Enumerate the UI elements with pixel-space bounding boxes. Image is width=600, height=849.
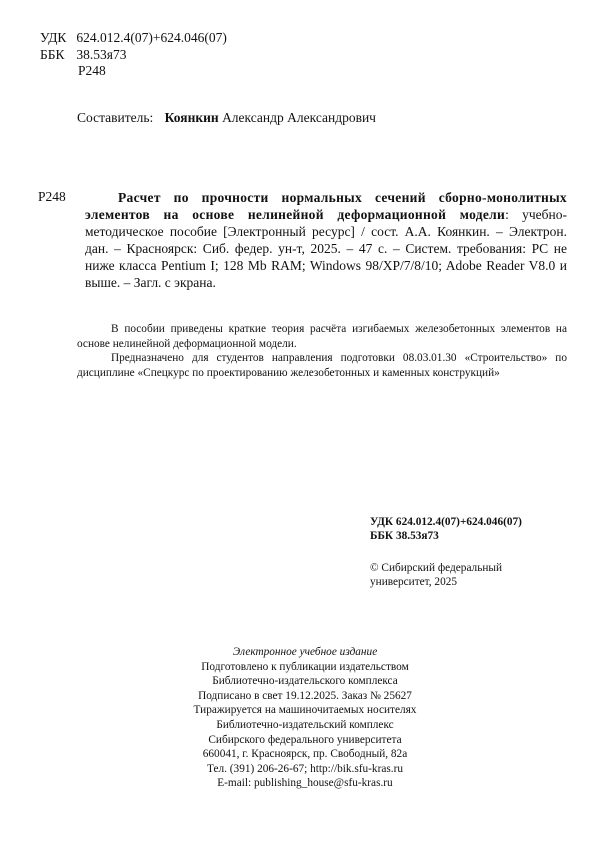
bbk-row: ББК 38.53я73 <box>40 47 227 64</box>
compiler-given-names: Александр Александрович <box>222 110 376 125</box>
imprint-email: E-mail: publishing_house@sfu-kras.ru <box>120 776 490 791</box>
copyright-notice: © Сибирский федеральный университет, 202… <box>370 561 550 589</box>
imprint-line: Сибирского федерального университета <box>120 733 490 748</box>
imprint-line: Тиражируется на машиночитаемых носителях <box>120 703 490 718</box>
entry-author-mark: Р248 <box>38 189 66 205</box>
author-mark: Р248 <box>40 63 227 80</box>
abstract-paragraph-1: В пособии приведены краткие теория расчё… <box>77 322 567 351</box>
imprint-phone-website: Тел. (391) 206-26-67; http://bik.sfu-kra… <box>120 762 490 777</box>
compiler-line: Составитель: Коянкин Александр Александр… <box>77 110 376 126</box>
imprint-line: Библиотечно-издательского комплекса <box>120 674 490 689</box>
bbk-value: 38.53я73 <box>76 47 126 62</box>
udk-value: 624.012.4(07)+624.046(07) <box>76 30 226 45</box>
classification-codes-top: УДК 624.012.4(07)+624.046(07) ББК 38.53я… <box>40 30 227 80</box>
copyright-line-2: университет, 2025 <box>370 575 550 589</box>
imprint-line: Подготовлено к публикации издательством <box>120 660 490 675</box>
bbk-label: ББК <box>40 47 73 64</box>
imprint-line: Библиотечно-издательский комплекс <box>120 718 490 733</box>
publication-title: Расчет по прочности нормальных сечений с… <box>85 190 567 222</box>
abstract-paragraph-2: Предназначено для студентов направления … <box>77 351 567 380</box>
copyright-line-1: © Сибирский федеральный <box>370 561 550 575</box>
bibliographic-entry: Расчет по прочности нормальных сечений с… <box>85 189 567 291</box>
compiler-label: Составитель: <box>77 110 153 125</box>
imprint-address: 660041, г. Красноярск, пр. Свободный, 82… <box>120 747 490 762</box>
abstract: В пособии приведены краткие теория расчё… <box>77 322 567 380</box>
udk-code: УДК 624.012.4(07)+624.046(07) <box>370 515 522 529</box>
imprint-line: Подписано в свет 19.12.2025. Заказ № 256… <box>120 689 490 704</box>
compiler-surname: Коянкин <box>165 110 219 125</box>
classification-codes-right: УДК 624.012.4(07)+624.046(07) ББК 38.53я… <box>370 515 522 543</box>
udk-row: УДК 624.012.4(07)+624.046(07) <box>40 30 227 47</box>
udk-label: УДК <box>40 30 73 47</box>
bbk-code: ББК 38.53я73 <box>370 529 522 543</box>
imprint-block: Электронное учебное издание Подготовлено… <box>120 645 490 791</box>
edition-type: Электронное учебное издание <box>120 645 490 660</box>
